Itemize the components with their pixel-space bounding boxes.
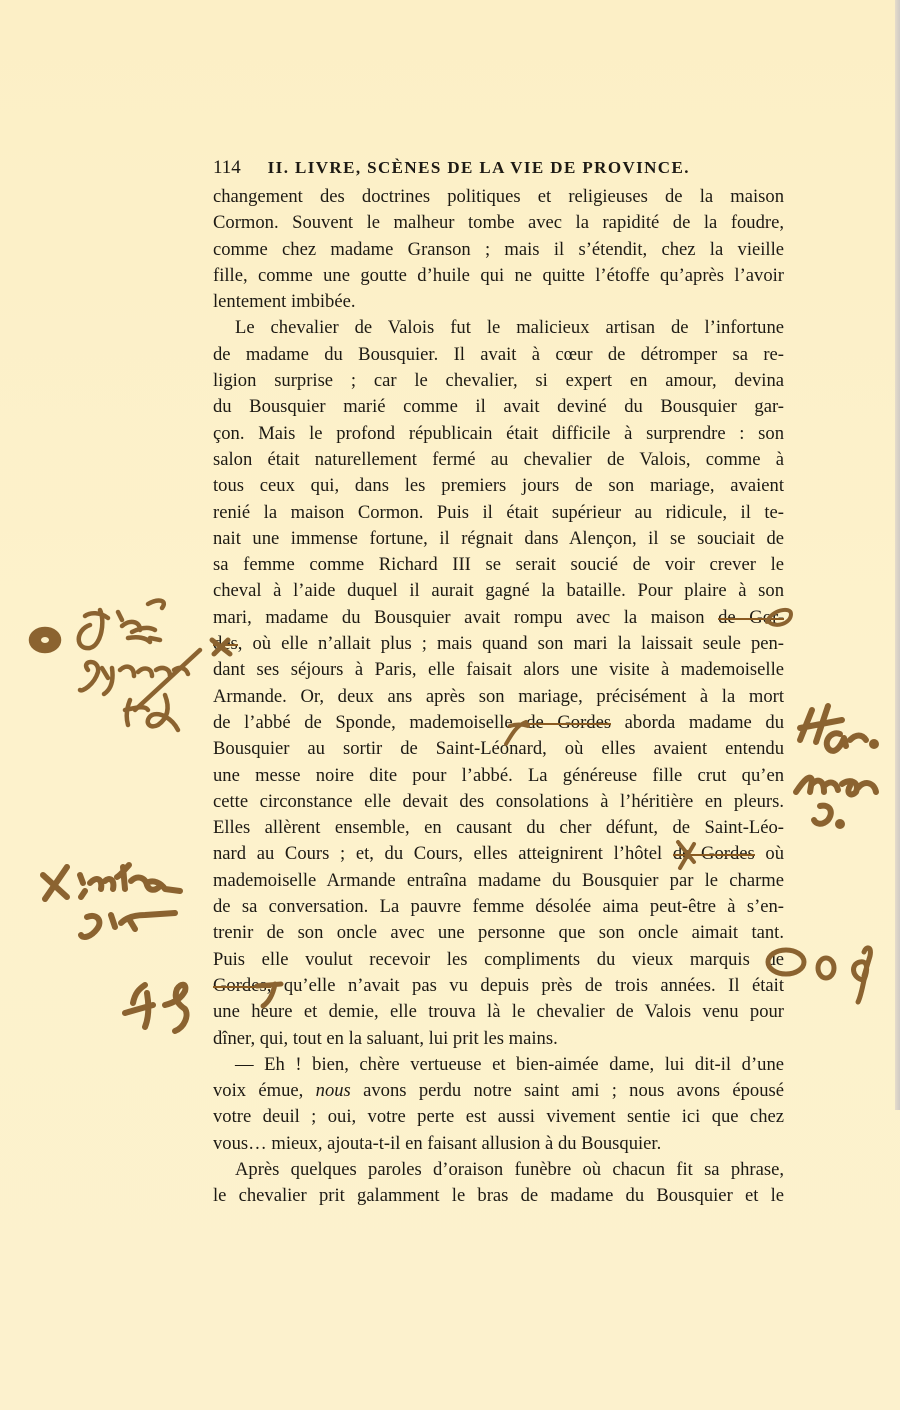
text-line: comme chez madame Granson ; mais il s’ét… xyxy=(213,237,784,263)
annotation-left-espignon xyxy=(30,590,220,765)
text-line: tous ceux qui, dans les premiers jours d… xyxy=(213,473,784,499)
text-line: dant ses séjours à Paris, elle faisait a… xyxy=(213,657,784,683)
text-line: le chevalier prit galamment le bras de m… xyxy=(213,1183,784,1209)
handwriting-icon xyxy=(30,590,220,760)
page-number: 114 xyxy=(213,157,241,178)
handwriting-icon xyxy=(35,855,215,1045)
handwriting-icon xyxy=(790,700,890,840)
text-line: voix émue, nous avons perdu notre saint … xyxy=(213,1078,784,1104)
text-line: renié la maison Cormon. Puis il était su… xyxy=(213,500,784,526)
body-text: changement des doctrines politiques et r… xyxy=(213,184,784,1210)
scan-edge xyxy=(895,0,900,1110)
running-head: 114 II. LIVRE, SCÈNES DE LA VIE DE PROVI… xyxy=(213,157,793,179)
text-line: Puis elle voulut recevoir les compliment… xyxy=(213,947,784,973)
text-line: Cormon. Souvent le malheur tombe avec la… xyxy=(213,210,784,236)
text-line: — Eh ! bien, chère vertueuse et bien-aim… xyxy=(213,1052,784,1078)
running-head-title: II. LIVRE, SCÈNES DE LA VIE DE PROVINCE. xyxy=(268,158,690,177)
text-line: trenir de son oncle avec une personne qu… xyxy=(213,920,784,946)
text-line: changement des doctrines politiques et r… xyxy=(213,184,784,210)
text-span: où xyxy=(755,843,784,864)
text-line: cheval à l’aide duquel il aurait gagné l… xyxy=(213,578,784,604)
ink-mark-de xyxy=(502,716,532,753)
text-span: nard au Cours ; et, du Cours, elles atte… xyxy=(213,843,673,864)
text-line: Armande. Or, deux ans après son mariage,… xyxy=(213,684,784,710)
text-line: une messe noire dite pour l’abbé. La gén… xyxy=(213,763,784,789)
text-line: cette circonstance elle devait des conso… xyxy=(213,789,784,815)
annotation-right-harmau xyxy=(790,700,890,845)
ink-mark-de-2 xyxy=(672,838,702,877)
text-span: qu’elle n’avait pas vu depuis près de tr… xyxy=(271,975,784,996)
text-line: lentement imbibée. xyxy=(213,289,784,315)
ink-loop-gordes xyxy=(765,604,795,639)
text-line: salon était naturellement fermé au cheva… xyxy=(213,447,784,473)
text-span: , où elle n’allait plus ; mais quand son… xyxy=(238,633,784,654)
text-line: votre deuil ; oui, votre perte est aussi… xyxy=(213,1104,784,1130)
text-line: du Bousquier marié comme il avait deviné… xyxy=(213,394,784,420)
text-line: dîner, qui, tout en la saluant, lui prit… xyxy=(213,1026,784,1052)
text-span: mari, madame du Bousquier avait rompu av… xyxy=(213,607,718,628)
annotation-left-intu xyxy=(35,855,215,1050)
text-line: de madame du Bousquier. Il avait à cœur … xyxy=(213,342,784,368)
text-line: de l’abbé de Sponde, mademoiselle de Gor… xyxy=(213,710,784,736)
text-line: Après quelques paroles d’oraison funèbre… xyxy=(213,1157,784,1183)
text-line: ligion surprise ; car le chevalier, si e… xyxy=(213,368,784,394)
text-line: vous… mieux, ajouta-t-il en faisant allu… xyxy=(213,1131,784,1157)
text-span: voix émue, xyxy=(213,1080,316,1101)
ink-mark-gordes xyxy=(255,980,285,1015)
italic-word: nous xyxy=(316,1080,351,1101)
ink-blot-des xyxy=(210,636,232,663)
text-line: çon. Mais le profond républicain était d… xyxy=(213,421,784,447)
book-page: 114 II. LIVRE, SCÈNES DE LA VIE DE PROVI… xyxy=(0,0,900,1410)
text-span: avons perdu notre saint ami ; nous avons… xyxy=(351,1080,784,1101)
text-line: mari, madame du Bousquier avait rompu av… xyxy=(213,605,784,631)
text-line: Le chevalier de Valois fut le malicieux … xyxy=(213,315,784,341)
text-line: une heure et demie, elle trouva là le ch… xyxy=(213,999,784,1025)
text-line: fille, comme une goutte d’huile qui ne q… xyxy=(213,263,784,289)
handwriting-icon xyxy=(768,940,888,1010)
struck-text: de Gordes xyxy=(526,712,611,733)
text-line: Gordes, qu’elle n’avait pas vu depuis pr… xyxy=(213,973,784,999)
text-line: sa femme comme Richard III se serait sou… xyxy=(213,552,784,578)
annotation-right-od xyxy=(768,940,888,1015)
text-line: des, où elle n’allait plus ; mais quand … xyxy=(213,631,784,657)
text-span: de l’abbé de Sponde, mademoiselle xyxy=(213,712,526,733)
text-span: aborda madame du xyxy=(611,712,784,733)
text-line: de sa conversation. La pauvre femme déso… xyxy=(213,894,784,920)
text-line: Bousquier au sortir de Saint-Léonard, où… xyxy=(213,736,784,762)
text-line: nait une immense fortune, il régnait dan… xyxy=(213,526,784,552)
